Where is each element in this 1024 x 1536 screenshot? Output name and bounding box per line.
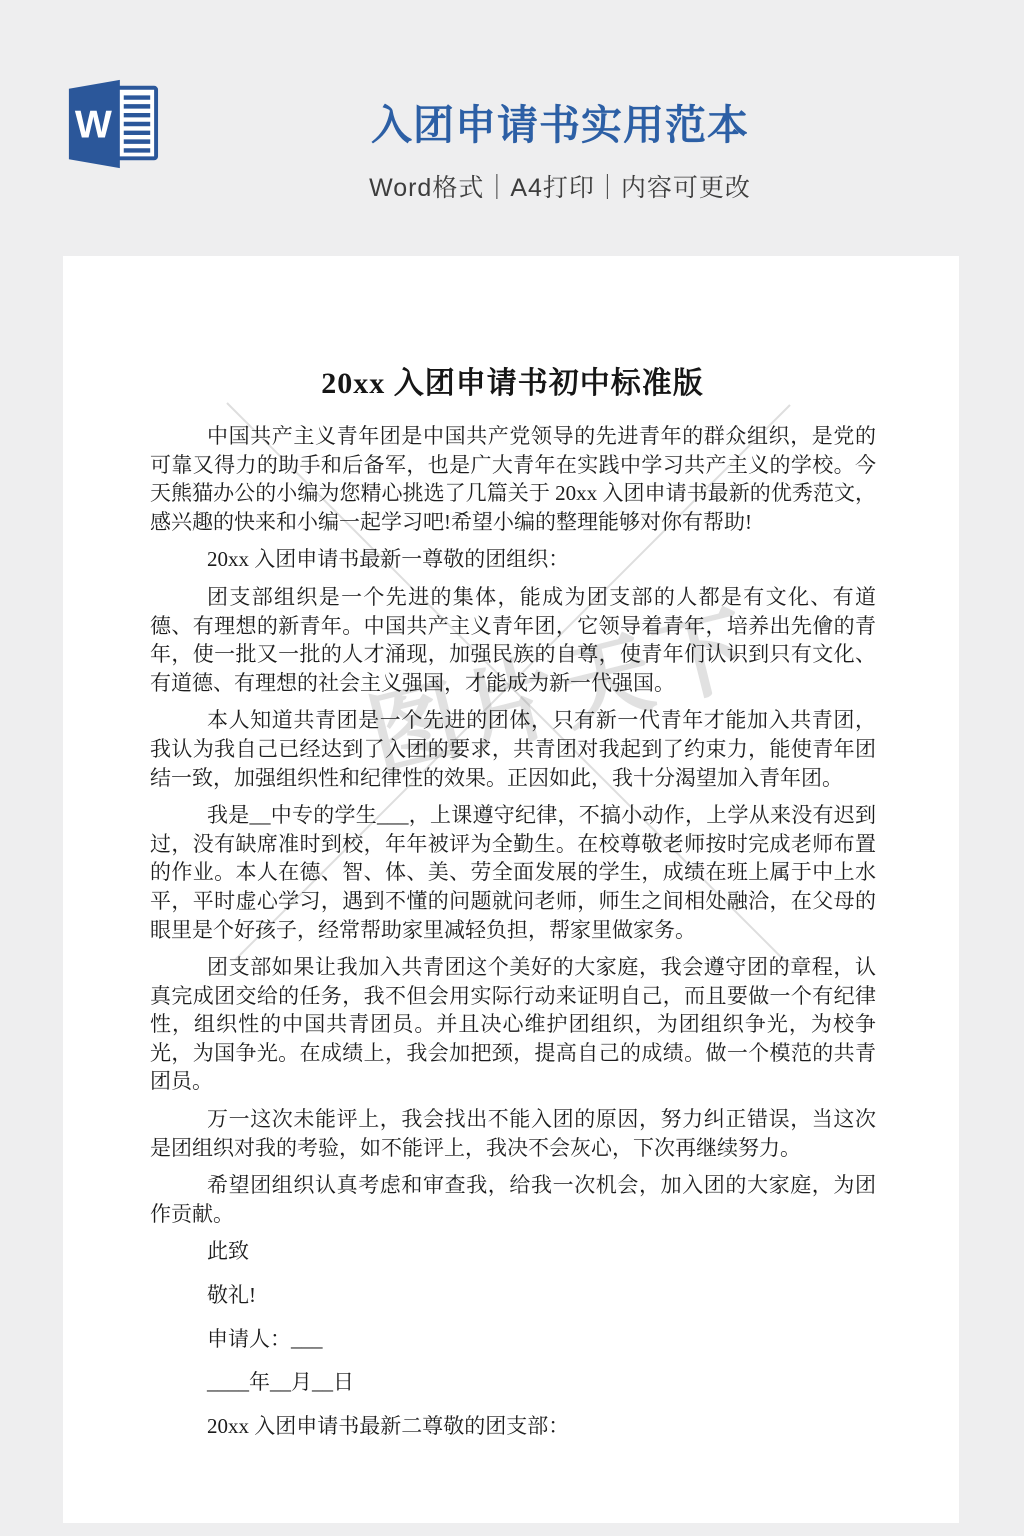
paragraph: 中国共产主义青年团是中国共产党领导的先进青年的群众组织，是党的可靠又得力的助手和… [150, 422, 876, 536]
paragraph: 万一这次未能评上，我会找出不能入团的原因，努力纠正错误，当这次是团组织对我的考验… [150, 1105, 876, 1162]
document-body: 中国共产主义青年团是中国共产党领导的先进青年的群众组织，是党的可靠又得力的助手和… [150, 422, 876, 1455]
document-title: 20xx 入团申请书初中标准版 [150, 358, 875, 402]
paragraph: 希望团组织认真考虑和审查我，给我一次机会，加入团的大家庭，为团作贡献。 [150, 1171, 876, 1228]
paragraph: 团支部如果让我加入共青团这个美好的大家庭，我会遵守团的章程，认真完成团交给的任务… [150, 953, 876, 1096]
paragraph: 此致 [150, 1237, 876, 1266]
page-header: W 入团申请书实用范本 Word格式｜A4打印｜内容可更改 [0, 0, 1024, 256]
paragraph: 本人知道共青团是一个先进的团体，只有新一代青年才能加入共青团，我认为我自己已经达… [150, 706, 876, 792]
paragraph: 20xx 入团申请书最新二尊敬的团支部： [150, 1412, 876, 1441]
template-title: 入团申请书实用范本 [96, 92, 1024, 151]
paragraph: 敬礼! [150, 1281, 876, 1310]
paragraph: 申请人：___ [150, 1325, 876, 1354]
paragraph: 团支部组织是一个先进的集体，能成为团支部的人都是有文化、有道德、有理想的新青年。… [150, 583, 876, 697]
paragraph: ____年__月__日 [150, 1368, 876, 1397]
paragraph: 我是__中专的学生___，上课遵守纪律，不搞小动作，上学从来没有迟到过，没有缺席… [150, 801, 876, 944]
paragraph: 20xx 入团申请书最新一尊敬的团组织： [150, 545, 876, 574]
template-subtitle: Word格式｜A4打印｜内容可更改 [96, 168, 1024, 204]
document-page: 图片天下 20xx 入团申请书初中标准版 中国共产主义青年团是中国共产党领导的先… [63, 256, 959, 1523]
